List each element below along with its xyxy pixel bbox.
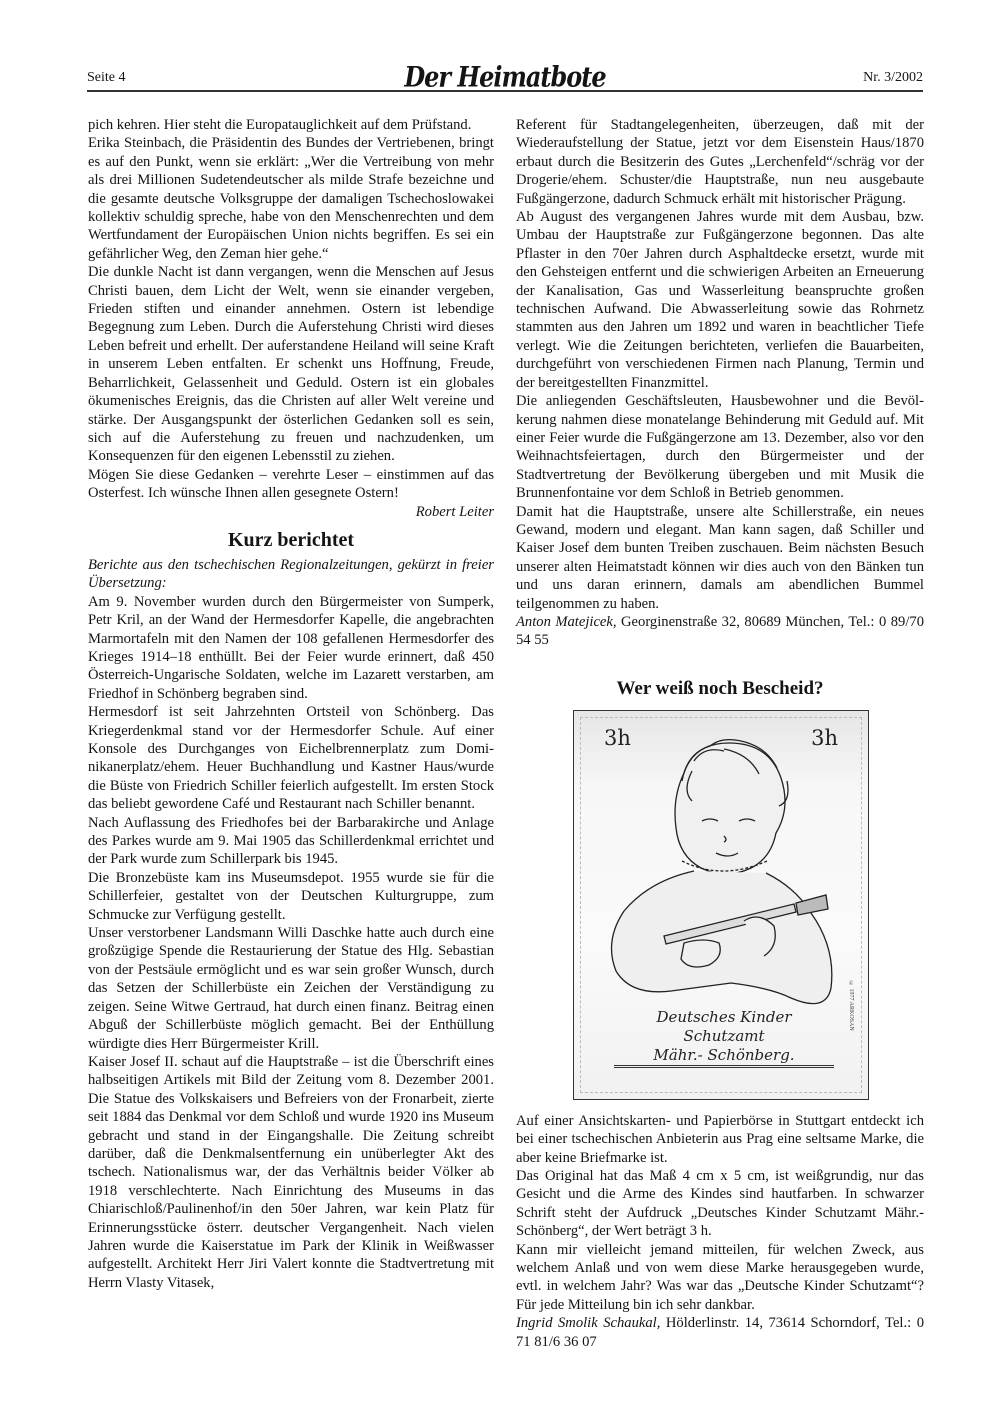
author-contact: Anton Matejicek, Georginenstraße 32, 806… [516, 613, 924, 650]
stamp-inscription-line: Deutsches Kinder [614, 1008, 834, 1027]
paragraph: Das Original hat das Maß 4 cm x 5 cm, is… [516, 1167, 924, 1241]
paragraph: Die anliegenden Geschäftsleuten, Hausbew… [516, 392, 924, 502]
left-column: pich kehren. Hier steht die Europataugli… [88, 116, 494, 1292]
section-intro: Berichte aus den tschechischen Regionalz… [88, 556, 494, 593]
paragraph: Erika Steinbach, die Präsidentin des Bun… [88, 134, 494, 263]
paragraph: Die Bronzebüste kam ins Museumsdepot. 19… [88, 869, 494, 924]
paragraph: Die dunkle Nacht ist dann vergangen, wen… [88, 263, 494, 465]
masthead-logo: Der Heimatbote [87, 60, 923, 93]
page-header: Seite 4 Der Heimatbote Nr. 3/2002 [87, 62, 923, 90]
paragraph: Unser verstorbener Landsmann Willi Dasch… [88, 924, 494, 1053]
paragraph: Ab August des vergangenen Jahres wurde m… [516, 208, 924, 392]
author-contact: Ingrid Smolik Schaukal, Hölderlinstr. 14… [516, 1314, 924, 1351]
paragraph: Auf einer Ansichtskarten- und Papierbörs… [516, 1112, 924, 1167]
paragraph: Damit hat die Hauptstraße, unsere alte S… [516, 503, 924, 613]
stamp-image: 3h 3h Deutsches Kinder Schutzamt Mähr.- … [573, 710, 869, 1100]
paragraph: pich kehren. Hier steht die Europataugli… [88, 116, 494, 134]
header-rule [87, 90, 923, 92]
author-signature: Robert Leiter [88, 503, 494, 521]
right-column: Referent für Stadtangelegenheiten, überz… [516, 116, 924, 1351]
paragraph: Kann mir vielleicht jemand mitteilen, fü… [516, 1241, 924, 1315]
issue-number: Nr. 3/2002 [863, 70, 923, 86]
stamp-inscription-line: Schutzamt [614, 1027, 834, 1046]
paragraph: Am 9. November wurden durch den Bürgerme… [88, 593, 494, 703]
stamp-value-left: 3h [604, 729, 631, 747]
author-name: Ingrid Smolik Schaukal, [516, 1315, 660, 1331]
paragraph: Nach Auflassung des Friedhofes bei der B… [88, 814, 494, 869]
query-heading: Wer weiß noch Bescheid? [516, 678, 924, 700]
paragraph: Hermesdorf ist seit Jahrzehnten Ortsteil… [88, 703, 494, 813]
section-heading: Kurz berichtet [88, 529, 494, 551]
stamp-value-right: 3h [811, 729, 838, 747]
paragraph: Referent für Stadtangelegenheiten, überz… [516, 116, 924, 208]
paragraph: Kaiser Josef II. schaut auf die Hauptstr… [88, 1053, 494, 1292]
stamp-credit: © 1977 ARKOSAN [842, 981, 860, 1031]
stamp-inscription: Deutsches Kinder Schutzamt Mähr.- Schönb… [614, 1008, 834, 1068]
paragraph: Mögen Sie diese Gedanken – verehrte Lese… [88, 466, 494, 503]
author-name: Anton Matejicek, [516, 614, 617, 630]
stamp-inscription-line: Mähr.- Schönberg. [614, 1046, 834, 1068]
